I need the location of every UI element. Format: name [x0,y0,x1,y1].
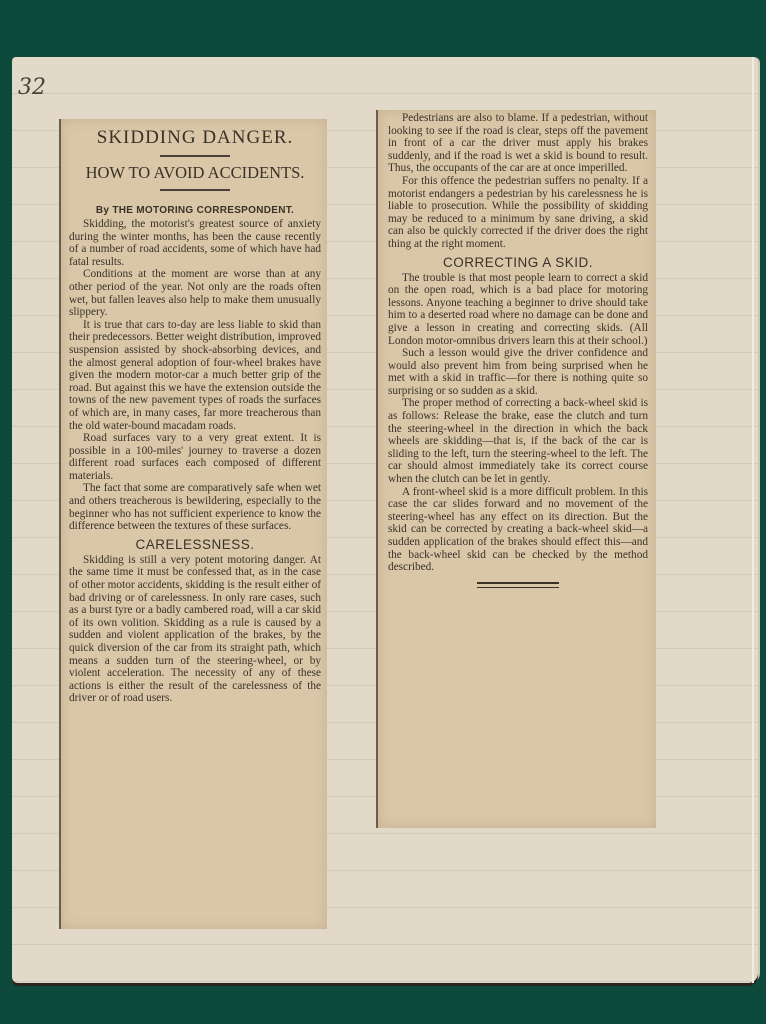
paragraph: For this offence the pedestrian suffers … [388,175,648,251]
article-title: SKIDDING DANGER. [69,127,321,149]
article-subtitle: HOW TO AVOID ACCIDENTS. [69,163,321,183]
end-rule [477,582,559,588]
paragraph: Skidding is still a very potent motoring… [69,554,321,705]
divider [160,189,230,191]
paragraph: The proper method of correcting a back-w… [388,397,648,485]
page-number: 32 [18,75,46,100]
byline: By THE MOTORING CORRESPONDENT. [69,205,321,216]
paragraph: It is true that cars to-day are less lia… [69,319,321,432]
paragraph: The fact that some are comparatively saf… [69,482,321,532]
section-heading-carelessness: CARELESSNESS. [69,537,321,552]
paragraph: Pedestrians are also to blame. If a pede… [388,112,648,175]
paragraph: The trouble is that most people learn to… [388,272,648,348]
clipping-right-column: Pedestrians are also to blame. If a pede… [376,110,656,828]
divider [160,155,230,157]
paragraph: Such a lesson would give the driver conf… [388,347,648,397]
page-edge [752,57,754,983]
paragraph: A front-wheel skid is a more difficult p… [388,486,648,574]
paragraph: Conditions at the moment are worse than … [69,268,321,318]
section-heading-correcting-a-skid: CORRECTING A SKID. [388,255,648,270]
paragraph: Skidding, the motorist's greatest source… [69,218,321,268]
scrapbook-page: 32 SKIDDING DANGER. HOW TO AVOID ACCIDEN… [12,57,758,983]
clipping-left-column: SKIDDING DANGER. HOW TO AVOID ACCIDENTS.… [59,119,327,929]
paragraph: Road surfaces vary to a very great exten… [69,432,321,482]
